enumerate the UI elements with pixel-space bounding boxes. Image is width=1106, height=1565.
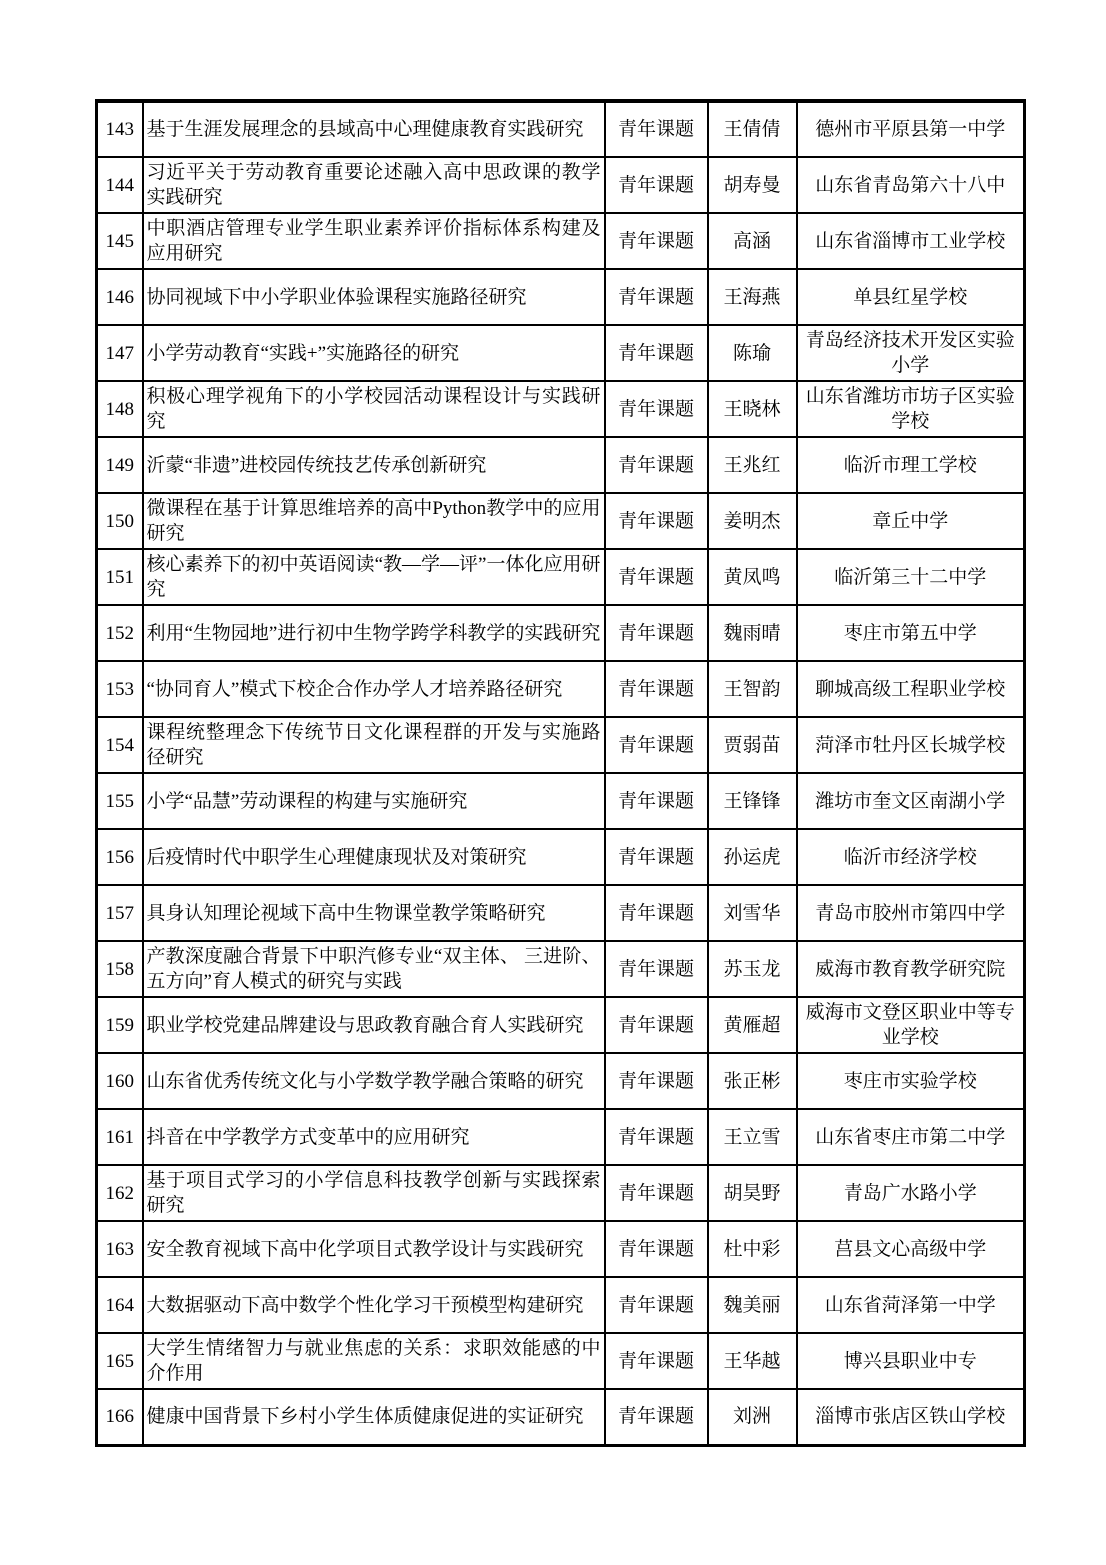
row-number-cell: 143 [97, 101, 143, 157]
institution-cell: 青岛市胶州市第四中学 [797, 885, 1025, 941]
leader-name-cell: 黄雁超 [708, 997, 797, 1053]
institution-cell: 山东省枣庄市第二中学 [797, 1109, 1025, 1165]
leader-name-cell: 魏雨晴 [708, 605, 797, 661]
project-title-cell: 产教深度融合背景下中职汽修专业“双主体、 三进阶、五方向”育人模式的研究与实践 [143, 941, 605, 997]
row-number-cell: 163 [97, 1221, 143, 1277]
table-row: 150 微课程在基于计算思维培养的高中Python教学中的应用研究 青年课题 姜… [97, 493, 1025, 549]
table-row: 155 小学“品慧”劳动课程的构建与实施研究 青年课题 王锋锋 潍坊市奎文区南湖… [97, 773, 1025, 829]
project-title-cell: “协同育人”模式下校企合作办学人才培养路径研究 [143, 661, 605, 717]
project-title-cell: 习近平关于劳动教育重要论述融入高中思政课的教学实践研究 [143, 157, 605, 213]
category-cell: 青年课题 [605, 269, 708, 325]
leader-name-cell: 胡昊野 [708, 1165, 797, 1221]
leader-name-cell: 张正彬 [708, 1053, 797, 1109]
table-row: 154 课程统整理念下传统节日文化课程群的开发与实施路径研究 青年课题 贾弱苗 … [97, 717, 1025, 773]
row-number-cell: 160 [97, 1053, 143, 1109]
project-title-cell: 基于生涯发展理念的县域高中心理健康教育实践研究 [143, 101, 605, 157]
row-number-cell: 158 [97, 941, 143, 997]
institution-cell: 临沂市理工学校 [797, 437, 1025, 493]
category-cell: 青年课题 [605, 157, 708, 213]
category-cell: 青年课题 [605, 1277, 708, 1333]
project-title-cell: 中职酒店管理专业学生职业素养评价指标体系构建及应用研究 [143, 213, 605, 269]
project-title-cell: 小学劳动教育“实践+”实施路径的研究 [143, 325, 605, 381]
table-row: 158 产教深度融合背景下中职汽修专业“双主体、 三进阶、五方向”育人模式的研究… [97, 941, 1025, 997]
leader-name-cell: 孙运虎 [708, 829, 797, 885]
project-title-cell: 小学“品慧”劳动课程的构建与实施研究 [143, 773, 605, 829]
table-row: 165 大学生情绪智力与就业焦虑的关系：求职效能感的中介作用 青年课题 王华越 … [97, 1333, 1025, 1389]
project-title-cell: 安全教育视域下高中化学项目式教学设计与实践研究 [143, 1221, 605, 1277]
leader-name-cell: 高涵 [708, 213, 797, 269]
row-number-cell: 150 [97, 493, 143, 549]
institution-cell: 莒县文心高级中学 [797, 1221, 1025, 1277]
category-cell: 青年课题 [605, 1109, 708, 1165]
table-row: 159 职业学校党建品牌建设与思政教育融合育人实践研究 青年课题 黄雁超 威海市… [97, 997, 1025, 1053]
project-title-cell: 抖音在中学教学方式变革中的应用研究 [143, 1109, 605, 1165]
leader-name-cell: 苏玉龙 [708, 941, 797, 997]
leader-name-cell: 王倩倩 [708, 101, 797, 157]
institution-cell: 威海市教育教学研究院 [797, 941, 1025, 997]
leader-name-cell: 王智韵 [708, 661, 797, 717]
leader-name-cell: 刘洲 [708, 1389, 797, 1445]
project-title-cell: 课程统整理念下传统节日文化课程群的开发与实施路径研究 [143, 717, 605, 773]
project-title-cell: 职业学校党建品牌建设与思政教育融合育人实践研究 [143, 997, 605, 1053]
category-cell: 青年课题 [605, 437, 708, 493]
table-row: 144 习近平关于劳动教育重要论述融入高中思政课的教学实践研究 青年课题 胡寿曼… [97, 157, 1025, 213]
row-number-cell: 155 [97, 773, 143, 829]
table-row: 145 中职酒店管理专业学生职业素养评价指标体系构建及应用研究 青年课题 高涵 … [97, 213, 1025, 269]
row-number-cell: 151 [97, 549, 143, 605]
institution-cell: 枣庄市第五中学 [797, 605, 1025, 661]
table-body: 143 基于生涯发展理念的县域高中心理健康教育实践研究 青年课题 王倩倩 德州市… [97, 101, 1025, 1445]
row-number-cell: 152 [97, 605, 143, 661]
institution-cell: 山东省淄博市工业学校 [797, 213, 1025, 269]
institution-cell: 淄博市张店区铁山学校 [797, 1389, 1025, 1445]
row-number-cell: 145 [97, 213, 143, 269]
row-number-cell: 148 [97, 381, 143, 437]
leader-name-cell: 胡寿曼 [708, 157, 797, 213]
leader-name-cell: 王华越 [708, 1333, 797, 1389]
category-cell: 青年课题 [605, 1221, 708, 1277]
table-row: 156 后疫情时代中职学生心理健康现状及对策研究 青年课题 孙运虎 临沂市经济学… [97, 829, 1025, 885]
category-cell: 青年课题 [605, 381, 708, 437]
category-cell: 青年课题 [605, 493, 708, 549]
table-row: 152 利用“生物园地”进行初中生物学跨学科教学的实践研究 青年课题 魏雨晴 枣… [97, 605, 1025, 661]
category-cell: 青年课题 [605, 997, 708, 1053]
table-row: 148 积极心理学视角下的小学校园活动课程设计与实践研究 青年课题 王晓林 山东… [97, 381, 1025, 437]
leader-name-cell: 王兆红 [708, 437, 797, 493]
row-number-cell: 147 [97, 325, 143, 381]
project-title-cell: 积极心理学视角下的小学校园活动课程设计与实践研究 [143, 381, 605, 437]
table-row: 166 健康中国背景下乡村小学生体质健康促进的实证研究 青年课题 刘洲 淄博市张… [97, 1389, 1025, 1445]
category-cell: 青年课题 [605, 101, 708, 157]
project-title-cell: 后疫情时代中职学生心理健康现状及对策研究 [143, 829, 605, 885]
institution-cell: 临沂第三十二中学 [797, 549, 1025, 605]
table-row: 163 安全教育视域下高中化学项目式教学设计与实践研究 青年课题 杜中彩 莒县文… [97, 1221, 1025, 1277]
project-title-cell: 核心素养下的初中英语阅读“教—学—评”一体化应用研究 [143, 549, 605, 605]
category-cell: 青年课题 [605, 549, 708, 605]
category-cell: 青年课题 [605, 829, 708, 885]
leader-name-cell: 王立雪 [708, 1109, 797, 1165]
leader-name-cell: 王晓林 [708, 381, 797, 437]
table-row: 164 大数据驱动下高中数学个性化学习干预模型构建研究 青年课题 魏美丽 山东省… [97, 1277, 1025, 1333]
institution-cell: 单县红星学校 [797, 269, 1025, 325]
row-number-cell: 146 [97, 269, 143, 325]
table-row: 149 沂蒙“非遗”进校园传统技艺传承创新研究 青年课题 王兆红 临沂市理工学校 [97, 437, 1025, 493]
project-title-cell: 山东省优秀传统文化与小学数学教学融合策略的研究 [143, 1053, 605, 1109]
project-title-cell: 利用“生物园地”进行初中生物学跨学科教学的实践研究 [143, 605, 605, 661]
project-title-cell: 协同视域下中小学职业体验课程实施路径研究 [143, 269, 605, 325]
category-cell: 青年课题 [605, 941, 708, 997]
institution-cell: 章丘中学 [797, 493, 1025, 549]
institution-cell: 青岛经济技术开发区实验小学 [797, 325, 1025, 381]
row-number-cell: 161 [97, 1109, 143, 1165]
row-number-cell: 157 [97, 885, 143, 941]
table-row: 161 抖音在中学教学方式变革中的应用研究 青年课题 王立雪 山东省枣庄市第二中… [97, 1109, 1025, 1165]
category-cell: 青年课题 [605, 213, 708, 269]
institution-cell: 博兴县职业中专 [797, 1333, 1025, 1389]
institution-cell: 临沂市经济学校 [797, 829, 1025, 885]
table-row: 151 核心素养下的初中英语阅读“教—学—评”一体化应用研究 青年课题 黄凤鸣 … [97, 549, 1025, 605]
row-number-cell: 162 [97, 1165, 143, 1221]
row-number-cell: 156 [97, 829, 143, 885]
leader-name-cell: 杜中彩 [708, 1221, 797, 1277]
project-title-cell: 大学生情绪智力与就业焦虑的关系：求职效能感的中介作用 [143, 1333, 605, 1389]
leader-name-cell: 贾弱苗 [708, 717, 797, 773]
project-title-cell: 微课程在基于计算思维培养的高中Python教学中的应用研究 [143, 493, 605, 549]
category-cell: 青年课题 [605, 1389, 708, 1445]
category-cell: 青年课题 [605, 661, 708, 717]
leader-name-cell: 刘雪华 [708, 885, 797, 941]
project-title-cell: 沂蒙“非遗”进校园传统技艺传承创新研究 [143, 437, 605, 493]
row-number-cell: 154 [97, 717, 143, 773]
table-row: 143 基于生涯发展理念的县域高中心理健康教育实践研究 青年课题 王倩倩 德州市… [97, 101, 1025, 157]
row-number-cell: 153 [97, 661, 143, 717]
row-number-cell: 144 [97, 157, 143, 213]
institution-cell: 德州市平原县第一中学 [797, 101, 1025, 157]
institution-cell: 山东省青岛第六十八中 [797, 157, 1025, 213]
category-cell: 青年课题 [605, 1333, 708, 1389]
leader-name-cell: 陈瑜 [708, 325, 797, 381]
row-number-cell: 165 [97, 1333, 143, 1389]
row-number-cell: 166 [97, 1389, 143, 1445]
project-title-cell: 健康中国背景下乡村小学生体质健康促进的实证研究 [143, 1389, 605, 1445]
category-cell: 青年课题 [605, 1053, 708, 1109]
leader-name-cell: 魏美丽 [708, 1277, 797, 1333]
category-cell: 青年课题 [605, 325, 708, 381]
category-cell: 青年课题 [605, 605, 708, 661]
institution-cell: 潍坊市奎文区南湖小学 [797, 773, 1025, 829]
institution-cell: 枣庄市实验学校 [797, 1053, 1025, 1109]
table-row: 153 “协同育人”模式下校企合作办学人才培养路径研究 青年课题 王智韵 聊城高… [97, 661, 1025, 717]
project-title-cell: 大数据驱动下高中数学个性化学习干预模型构建研究 [143, 1277, 605, 1333]
leader-name-cell: 黄凤鸣 [708, 549, 797, 605]
institution-cell: 山东省潍坊市坊子区实验学校 [797, 381, 1025, 437]
row-number-cell: 149 [97, 437, 143, 493]
row-number-cell: 164 [97, 1277, 143, 1333]
table-row: 157 具身认知理论视域下高中生物课堂教学策略研究 青年课题 刘雪华 青岛市胶州… [97, 885, 1025, 941]
project-list-table: 143 基于生涯发展理念的县域高中心理健康教育实践研究 青年课题 王倩倩 德州市… [95, 99, 1026, 1447]
category-cell: 青年课题 [605, 773, 708, 829]
table-row: 162 基于项目式学习的小学信息科技教学创新与实践探索研究 青年课题 胡昊野 青… [97, 1165, 1025, 1221]
institution-cell: 聊城高级工程职业学校 [797, 661, 1025, 717]
project-title-cell: 基于项目式学习的小学信息科技教学创新与实践探索研究 [143, 1165, 605, 1221]
leader-name-cell: 姜明杰 [708, 493, 797, 549]
table-row: 147 小学劳动教育“实践+”实施路径的研究 青年课题 陈瑜 青岛经济技术开发区… [97, 325, 1025, 381]
institution-cell: 青岛广水路小学 [797, 1165, 1025, 1221]
leader-name-cell: 王海燕 [708, 269, 797, 325]
institution-cell: 山东省菏泽第一中学 [797, 1277, 1025, 1333]
table-row: 146 协同视域下中小学职业体验课程实施路径研究 青年课题 王海燕 单县红星学校 [97, 269, 1025, 325]
category-cell: 青年课题 [605, 885, 708, 941]
category-cell: 青年课题 [605, 717, 708, 773]
category-cell: 青年课题 [605, 1165, 708, 1221]
row-number-cell: 159 [97, 997, 143, 1053]
institution-cell: 威海市文登区职业中等专业学校 [797, 997, 1025, 1053]
document-page: 143 基于生涯发展理念的县域高中心理健康教育实践研究 青年课题 王倩倩 德州市… [0, 0, 1106, 1565]
project-title-cell: 具身认知理论视域下高中生物课堂教学策略研究 [143, 885, 605, 941]
table-row: 160 山东省优秀传统文化与小学数学教学融合策略的研究 青年课题 张正彬 枣庄市… [97, 1053, 1025, 1109]
leader-name-cell: 王锋锋 [708, 773, 797, 829]
institution-cell: 菏泽市牡丹区长城学校 [797, 717, 1025, 773]
